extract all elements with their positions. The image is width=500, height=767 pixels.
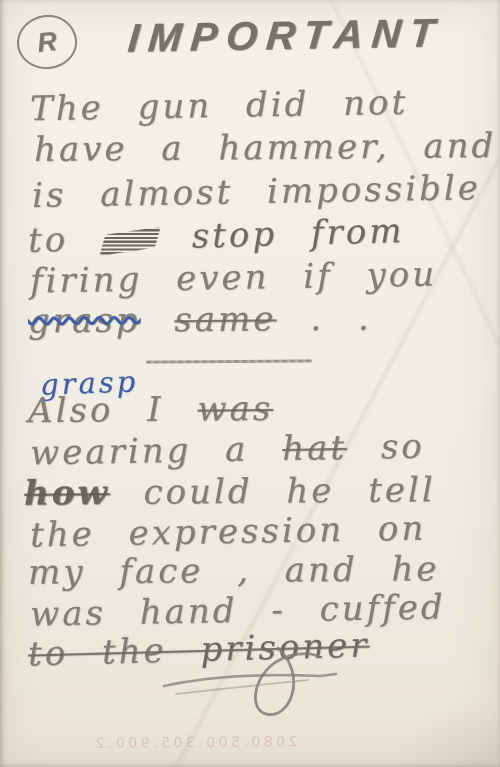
- handwritten-text: [140, 300, 174, 340]
- handwritten-text: so: [347, 427, 425, 468]
- handwritten-text: to: [28, 219, 103, 261]
- handwritten-text: firing even if you: [30, 254, 438, 301]
- handwritten-line: The gun did not: [30, 83, 409, 130]
- scribbled-out-word: [99, 227, 160, 256]
- handwritten-text: how: [24, 473, 110, 514]
- handwritten-text: to the: [28, 630, 201, 675]
- handwritten-text: same: [174, 299, 276, 340]
- note-title: IMPORTANT: [126, 11, 445, 62]
- handwritten-line: the expression on: [30, 509, 427, 556]
- handwritten-text: is almost impossible: [32, 168, 481, 216]
- handwritten-line: to the prisoner: [28, 626, 370, 675]
- handwritten-text: could he tell: [110, 470, 436, 513]
- handwritten-line: firing even if you: [30, 254, 438, 301]
- handwritten-text: hat: [282, 428, 348, 469]
- handwritten-text: was hand - cuffed: [30, 587, 446, 634]
- note-paper: R IMPORTANT The gun did nothave a hammer…: [0, 0, 500, 767]
- handwritten-text: grasp: [28, 301, 141, 342]
- handwritten-line: was hand - cuffed: [30, 587, 446, 634]
- handwritten-text: the expression on: [30, 509, 427, 556]
- handwritten-line: how could he tell: [24, 470, 436, 514]
- handwritten-line: to stop from: [28, 211, 405, 261]
- handwritten-text: . .: [276, 299, 372, 340]
- handwritten-text: have a hammer, and: [34, 126, 497, 170]
- circled-letter-annotation: R: [14, 12, 79, 72]
- circled-letter-text: R: [36, 26, 59, 59]
- handwritten-line: my face , and he: [28, 549, 440, 593]
- handwritten-text: my face , and he: [28, 549, 440, 593]
- handwritten-line: have a hammer, and: [34, 126, 497, 170]
- handwritten-line: grasp same . .: [28, 299, 372, 342]
- handwritten-text: wearing a: [30, 429, 283, 473]
- handwritten-line: wearing a hat so: [30, 427, 425, 474]
- handwritten-text: was: [197, 389, 273, 430]
- faint-stamp: 2080.500.305.900.2: [92, 734, 298, 752]
- handwritten-text: Also I: [28, 390, 198, 431]
- handwritten-line: is almost impossible: [32, 168, 481, 216]
- handwritten-text: prisoner: [200, 626, 370, 670]
- handwritten-line: Also I was: [28, 389, 274, 431]
- handwritten-text: stop from: [157, 211, 404, 257]
- pencil-divider: [146, 359, 312, 363]
- handwritten-text: The gun did not: [30, 83, 409, 130]
